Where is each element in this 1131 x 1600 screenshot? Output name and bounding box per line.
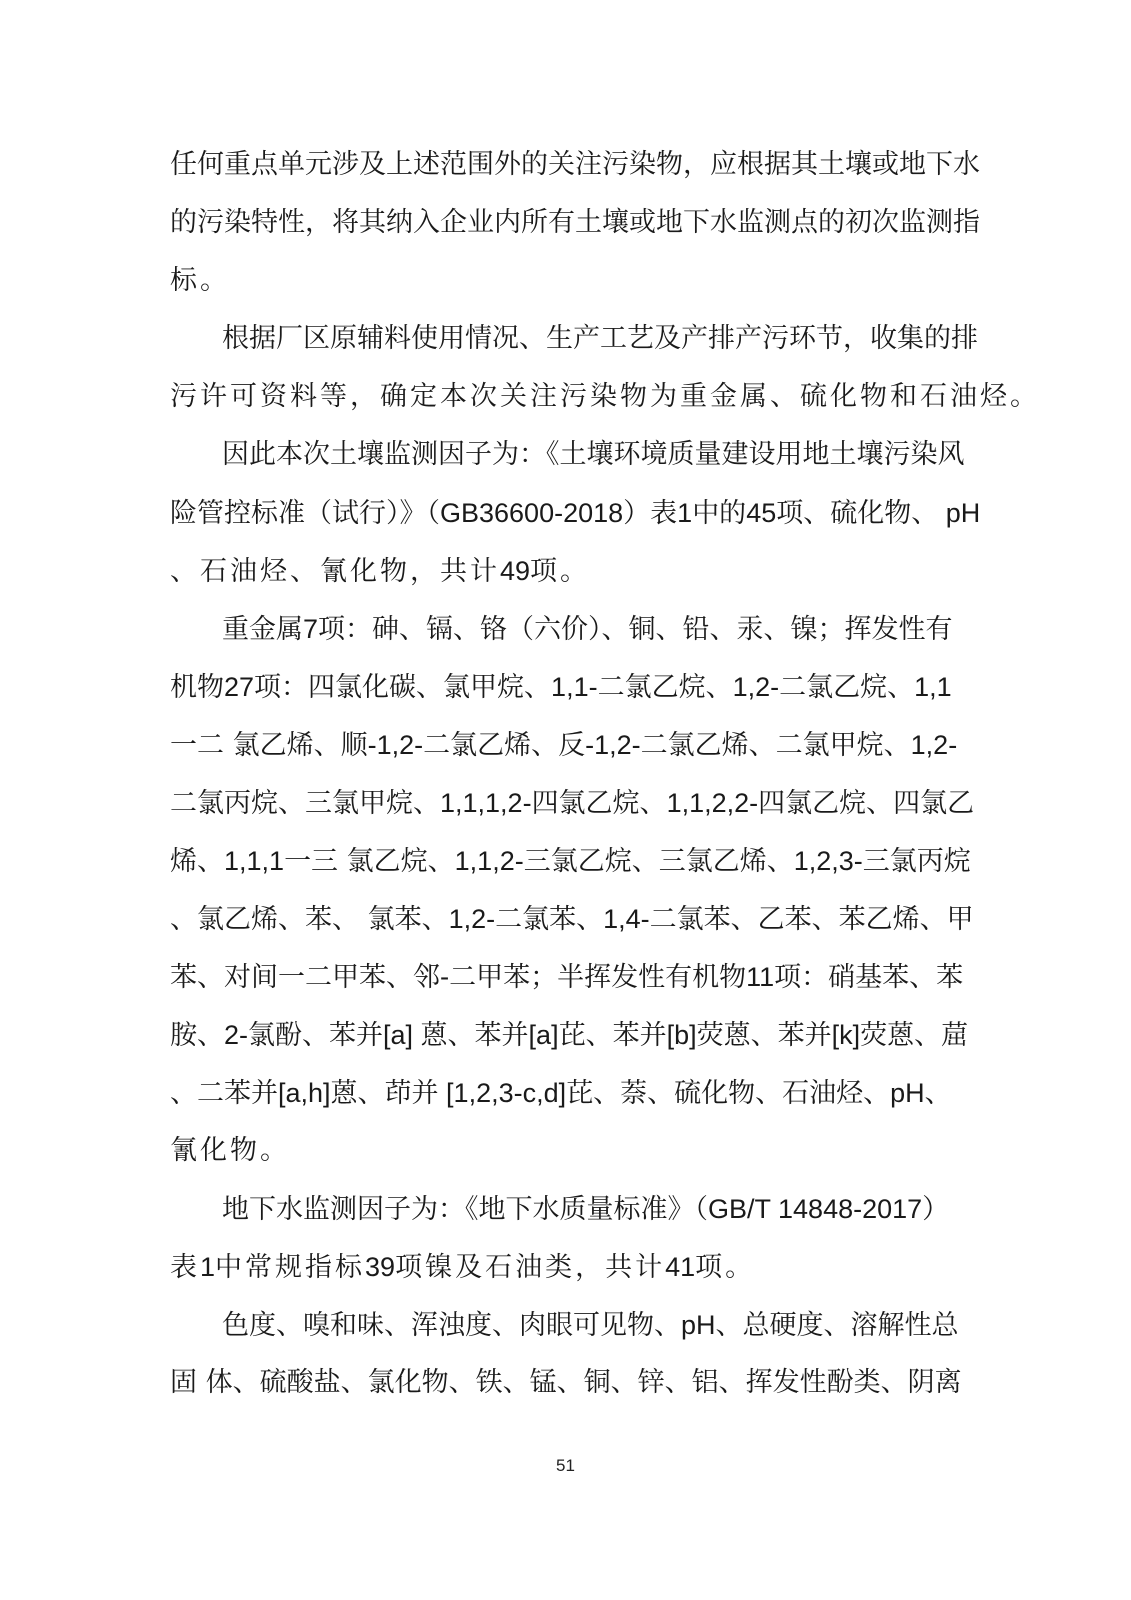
text-line-9: 重金属7项：砷、镉、铬（六价）、铜、铅、汞、镍；挥发性有: [170, 606, 945, 664]
text-line-7: 险管控标准（试行）》（GB36600-2018）表1中的45项、硫化物、 pH: [170, 490, 945, 548]
page-number: 51: [0, 1456, 1131, 1476]
text-line-13: 烯、1,1,1一三 氯乙烷、1,1,2-三氯乙烷、三氯乙烯、1,2,3-三氯丙烷: [170, 838, 945, 896]
text-line-2: 的污染特性，将其纳入企业内所有土壤或地下水监测点的初次监测指: [170, 200, 945, 258]
text-line-19: 地下水监测因子为：《地下水质量标准》（GB/T 14848-2017）: [170, 1186, 945, 1244]
text-line-20: 表1中常规指标39项镍及石油类，共计41项。: [170, 1244, 945, 1302]
text-line-21: 色度、嗅和味、浑浊度、肉眼可见物、pH、总硬度、溶解性总: [170, 1302, 945, 1360]
text-line-12: 二氯丙烷、三氯甲烷、1,1,1,2-四氯乙烷、1,1,2,2-四氯乙烷、四氯乙: [170, 780, 945, 838]
text-line-5: 污许可资料等，确定本次关注污染物为重金属、硫化物和石油烃。: [170, 374, 945, 432]
text-line-4: 根据厂区原辅料使用情况、生产工艺及产排产污环节，收集的排: [170, 316, 945, 374]
text-line-11: 一二 氯乙烯、顺-1,2-二氯乙烯、反-1,2-二氯乙烯、二氯甲烷、1,2-: [170, 722, 945, 780]
document-body: 任何重点单元涉及上述范围外的关注污染物，应根据其土壤或地下水 的污染特性，将其纳…: [170, 142, 945, 1418]
text-line-14: 、氯乙烯、苯、 氯苯、1,2-二氯苯、1,4-二氯苯、乙苯、苯乙烯、甲: [170, 896, 945, 954]
text-line-1: 任何重点单元涉及上述范围外的关注污染物，应根据其土壤或地下水: [170, 142, 945, 200]
text-line-17: 、二苯并[a,h]蒽、茚并 [1,2,3-c,d]芘、萘、硫化物、石油烃、pH、: [170, 1070, 945, 1128]
text-line-8: 、石油烃、氰化物，共计49项。: [170, 548, 945, 606]
text-line-6: 因此本次土壤监测因子为：《土壤环境质量建设用地土壤污染风: [170, 432, 945, 490]
text-line-15: 苯、对间一二甲苯、邻-二甲苯；半挥发性有机物11项：硝基苯、苯: [170, 954, 945, 1012]
text-line-18: 氰化物。: [170, 1128, 945, 1186]
text-line-10: 机物27项：四氯化碳、氯甲烷、1,1-二氯乙烷、1,2-二氯乙烷、1,1: [170, 664, 945, 722]
text-line-16: 胺、2-氯酚、苯并[a] 蒽、苯并[a]芘、苯并[b]荧蒽、苯并[k]荧蒽、䓛: [170, 1012, 945, 1070]
text-line-22: 固 体、硫酸盐、氯化物、铁、锰、铜、锌、铝、挥发性酚类、阴离: [170, 1360, 945, 1418]
text-line-3: 标。: [170, 258, 945, 316]
